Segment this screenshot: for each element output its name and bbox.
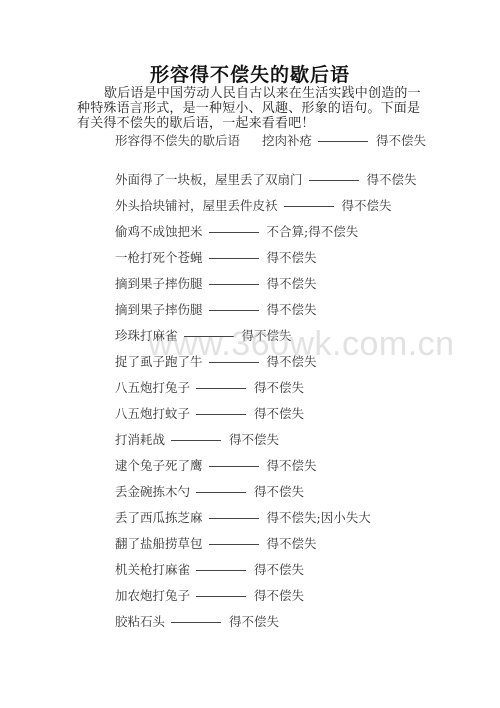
entry-phrase: 逮个兔子死了鹰 [115, 458, 203, 473]
dash-divider [318, 141, 368, 142]
list-item: 翻了盐船捞草包得不偿失 [115, 536, 317, 552]
dash-divider [209, 258, 259, 259]
entry-phrase: 八五炮打蚊子 [115, 406, 190, 421]
list-item: 机关枪打麻雀得不偿失 [115, 562, 304, 578]
list-item: 八五炮打蚊子得不偿失 [115, 406, 304, 422]
list-item: 捉了虱子跑了牛得不偿失 [115, 354, 317, 370]
entry-phrase: 打消耗战 [115, 432, 165, 447]
entry-answer: 得不偿失 [229, 432, 279, 447]
dash-divider [209, 362, 259, 363]
dash-divider [196, 596, 246, 597]
dash-divider [209, 466, 259, 467]
dash-divider [209, 284, 259, 285]
entry-phrase: 丢金碗拣木勺 [115, 484, 190, 499]
intro-paragraph: 歇后语是中国劳动人民自古以来在生活实践中创造的一种特殊语言形式，是一种短小、风趣… [77, 86, 433, 131]
entry-answer: 得不偿失 [242, 328, 292, 343]
dash-divider [184, 336, 234, 337]
list-item: 外头拾块铺衬，屋里丢件皮袄得不偿失 [115, 198, 392, 214]
dash-divider [284, 206, 334, 207]
dash-divider [171, 440, 221, 441]
dash-divider [209, 544, 259, 545]
list-item: 逮个兔子死了鹰得不偿失 [115, 458, 317, 474]
list-item: 八五炮打兔子得不偿失 [115, 380, 304, 396]
dash-divider [196, 492, 246, 493]
dash-divider [209, 310, 259, 311]
dash-divider [171, 622, 221, 623]
entry-phrase: 一枪打死个苍蝇 [115, 250, 203, 265]
entry-answer: 得不偿失 [367, 172, 417, 187]
entry-answer: 得不偿失 [254, 406, 304, 421]
list-item: 一枪打死个苍蝇得不偿失 [115, 250, 317, 266]
entry-phrase: 外头拾块铺衬，屋里丢件皮袄 [115, 198, 278, 213]
entry-phrase: 偷鸡不成蚀把米 [115, 224, 203, 239]
list-item: 摘到果子摔伤腿得不偿失 [115, 276, 317, 292]
dash-divider [309, 180, 359, 181]
entry-answer: 得不偿失 [254, 588, 304, 603]
entry-answer: 得不偿失 [267, 536, 317, 551]
entry-phrase: 丢了西瓜拣芝麻 [115, 510, 203, 525]
entry-phrase: 摘到果子摔伤腿 [115, 302, 203, 317]
entry-answer: 得不偿失;因小失大 [267, 510, 371, 525]
list-item: 珍珠打麻雀得不偿失 [115, 328, 292, 344]
entry-answer: 得不偿失 [376, 133, 426, 148]
list-item: 摘到果子摔伤腿得不偿失 [115, 302, 317, 318]
entry-phrase: 加农炮打兔子 [115, 588, 190, 603]
section-heading: 形容得不偿失的歇后语 [115, 133, 240, 148]
document-page: 形容得不偿失的歇后语 歇后语是中国劳动人民自古以来在生活实践中创造的一种特殊语言… [0, 0, 500, 708]
entry-phrase: 翻了盐船捞草包 [115, 536, 203, 551]
entry-answer: 得不偿失 [229, 614, 279, 629]
entry-phrase: 八五炮打兔子 [115, 380, 190, 395]
list-item: 胶粘石头得不偿失 [115, 614, 279, 630]
entry-phrase: 挖肉补疮 [262, 133, 312, 148]
dash-divider [209, 518, 259, 519]
entry-answer: 得不偿失 [267, 354, 317, 369]
list-item: 丢了西瓜拣芝麻得不偿失;因小失大 [115, 510, 371, 526]
entry-answer: 得不偿失 [254, 562, 304, 577]
entry-answer: 得不偿失 [254, 380, 304, 395]
entry-answer: 得不偿失 [342, 198, 392, 213]
entry-phrase: 珍珠打麻雀 [115, 328, 178, 343]
entry-phrase: 摘到果子摔伤腿 [115, 276, 203, 291]
entry-answer: 得不偿失 [254, 484, 304, 499]
entry-answer: 得不偿失 [267, 250, 317, 265]
list-item: 打消耗战得不偿失 [115, 432, 279, 448]
first-entry: 形容得不偿失的歇后语挖肉补疮得不偿失 [77, 130, 437, 151]
dash-divider [196, 388, 246, 389]
entry-phrase: 捉了虱子跑了牛 [115, 354, 203, 369]
entry-answer: 得不偿失 [267, 276, 317, 291]
dash-divider [196, 570, 246, 571]
entry-phrase: 胶粘石头 [115, 614, 165, 629]
entry-answer: 不合算;得不偿失 [267, 224, 359, 239]
list-item: 加农炮打兔子得不偿失 [115, 588, 304, 604]
dash-divider [209, 232, 259, 233]
dash-divider [196, 414, 246, 415]
list-item: 外面得了一块板，屋里丢了双扇门得不偿失 [115, 172, 417, 188]
list-item: 丢金碗拣木勺得不偿失 [115, 484, 304, 500]
entry-phrase: 外面得了一块板，屋里丢了双扇门 [115, 172, 303, 187]
entry-phrase: 机关枪打麻雀 [115, 562, 190, 577]
list-item: 偷鸡不成蚀把米不合算;得不偿失 [115, 224, 358, 240]
entry-answer: 得不偿失 [267, 458, 317, 473]
page-title: 形容得不偿失的歇后语 [0, 60, 500, 87]
entry-answer: 得不偿失 [267, 302, 317, 317]
